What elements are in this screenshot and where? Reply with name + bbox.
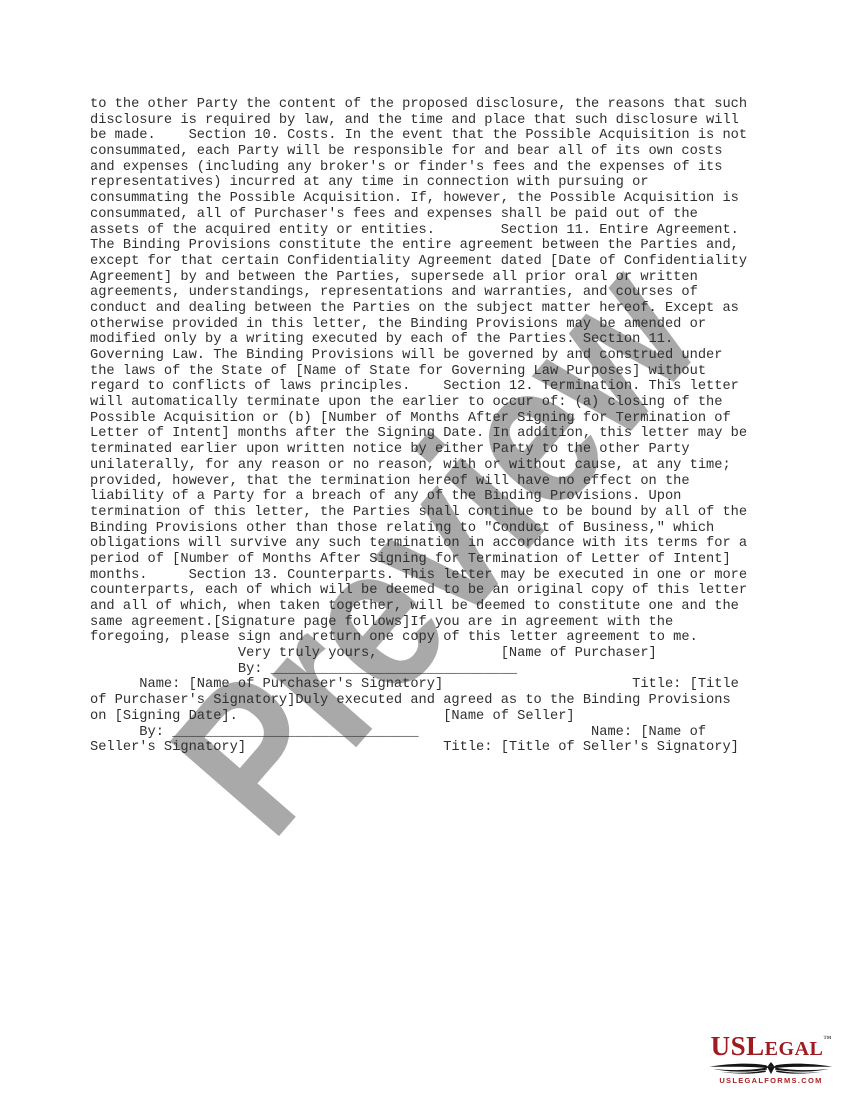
trademark-symbol: ™ [823, 1034, 831, 1043]
uslegal-logo[interactable]: USLEGAL™ USLEGALFORMS.COM [704, 1027, 838, 1085]
eagle-wings-icon [707, 1062, 835, 1075]
document-page: Preview to the other Party the content o… [0, 0, 850, 1100]
document-text: to the other Party the content of the pr… [90, 97, 747, 756]
uslegal-logo-text: USLEGAL™ [704, 1027, 838, 1063]
uslegalforms-url: USLEGALFORMS.COM [704, 1076, 838, 1085]
logo-text-l: L [746, 1031, 765, 1061]
logo-text-egal: EGAL [765, 1038, 824, 1060]
logo-text-us: US [711, 1031, 747, 1061]
